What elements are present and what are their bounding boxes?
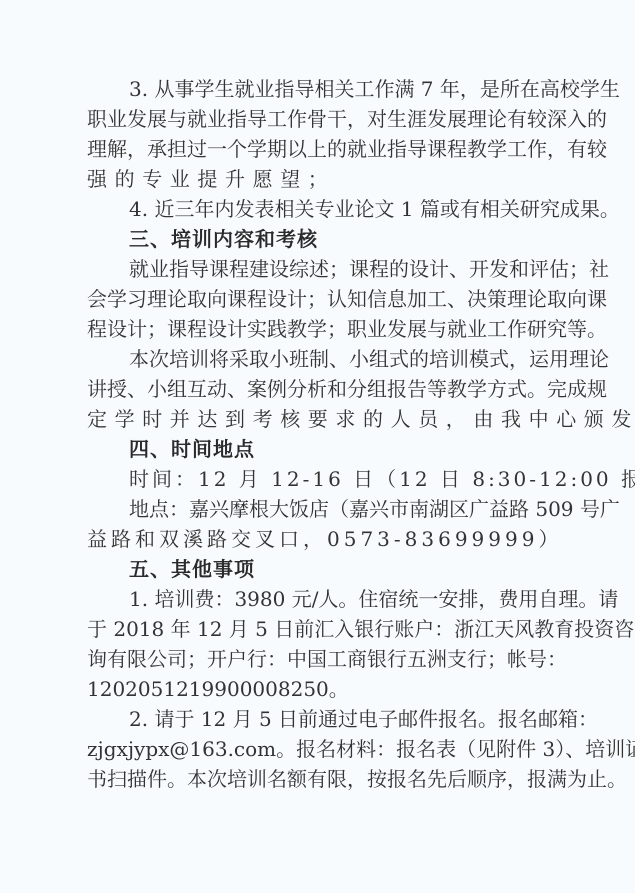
text-line: 会学习理论取向课程设计；认知信息加工、决策理论取向课 <box>87 284 539 314</box>
text-line: 书扫描件。本次培训名额有限，按报名先后顺序，报满为止。 <box>87 764 539 794</box>
section-4-heading: 四、时间地点 <box>87 434 539 464</box>
training-content-paragraph: 就业指导课程建设综述；课程的设计、开发和评估；社 会学习理论取向课程设计；认知信… <box>87 254 539 344</box>
text-line: 4. 近三年内发表相关专业论文 1 篇或有相关研究成果。 <box>87 194 539 224</box>
registration-paragraph: 2. 请于 12 月 5 日前通过电子邮件报名。报名邮箱： zjgxjypx@1… <box>87 704 539 794</box>
training-method-paragraph: 本次培训将采取小班制、小组式的培训模式，运用理论 讲授、小组互动、案例分析和分组… <box>87 344 539 434</box>
bank-account-number: 1202051219900008250。 <box>87 674 539 704</box>
text-line: 时间：12 月 12-16 日（12 日 8:30-12:00 报到）。 <box>87 464 539 494</box>
text-line: 理解，承担过一个学期以上的就业指导课程教学工作，有较 <box>87 134 539 164</box>
text-line: 职业发展与就业指导工作骨干，对生涯发展理论有较深入的 <box>87 104 539 134</box>
text-line: 1. 培训费：3980 元/人。住宿统一安排，费用自理。请 <box>87 584 539 614</box>
text-line: 询有限公司；开户行：中国工商银行五洲支行；帐号： <box>87 644 539 674</box>
requirement-3-paragraph: 3. 从事学生就业指导相关工作满 7 年，是所在高校学生 职业发展与就业指导工作… <box>87 74 539 194</box>
text-line: 就业指导课程建设综述；课程的设计、开发和评估；社 <box>87 254 539 284</box>
section-3-heading: 三、培训内容和考核 <box>87 224 539 254</box>
requirement-4-paragraph: 4. 近三年内发表相关专业论文 1 篇或有相关研究成果。 <box>87 194 539 224</box>
text-line: 2. 请于 12 月 5 日前通过电子邮件报名。报名邮箱： <box>87 704 539 734</box>
location-paragraph: 地点：嘉兴摩根大饭店（嘉兴市南湖区广益路 509 号广 益路和双溪路交叉口，05… <box>87 494 539 554</box>
text-line: 3. 从事学生就业指导相关工作满 7 年，是所在高校学生 <box>87 74 539 104</box>
registration-email-line: zjgxjypx@163.com。报名材料：报名表（见附件 3）、培训证 <box>87 734 539 764</box>
document-page: 3. 从事学生就业指导相关工作满 7 年，是所在高校学生 职业发展与就业指导工作… <box>87 74 539 794</box>
fee-paragraph: 1. 培训费：3980 元/人。住宿统一安排，费用自理。请 于 2018 年 1… <box>87 584 539 704</box>
text-line: 强的专业提升愿望； <box>87 164 539 194</box>
text-line: 讲授、小组互动、案例分析和分组报告等教学方式。完成规 <box>87 374 539 404</box>
section-5-heading: 五、其他事项 <box>87 554 539 584</box>
text-line: 定学时并达到考核要求的人员，由我中心颁发证书。 <box>87 404 539 434</box>
text-line: 于 2018 年 12 月 5 日前汇入银行账户：浙江天风教育投资咨 <box>87 614 539 644</box>
text-line: 本次培训将采取小班制、小组式的培训模式，运用理论 <box>87 344 539 374</box>
text-line: 地点：嘉兴摩根大饭店（嘉兴市南湖区广益路 509 号广 <box>87 494 539 524</box>
time-paragraph: 时间：12 月 12-16 日（12 日 8:30-12:00 报到）。 <box>87 464 539 494</box>
text-line: 程设计；课程设计实践教学；职业发展与就业工作研究等。 <box>87 314 539 344</box>
text-line: 益路和双溪路交叉口，0573-83699999） <box>87 524 539 554</box>
